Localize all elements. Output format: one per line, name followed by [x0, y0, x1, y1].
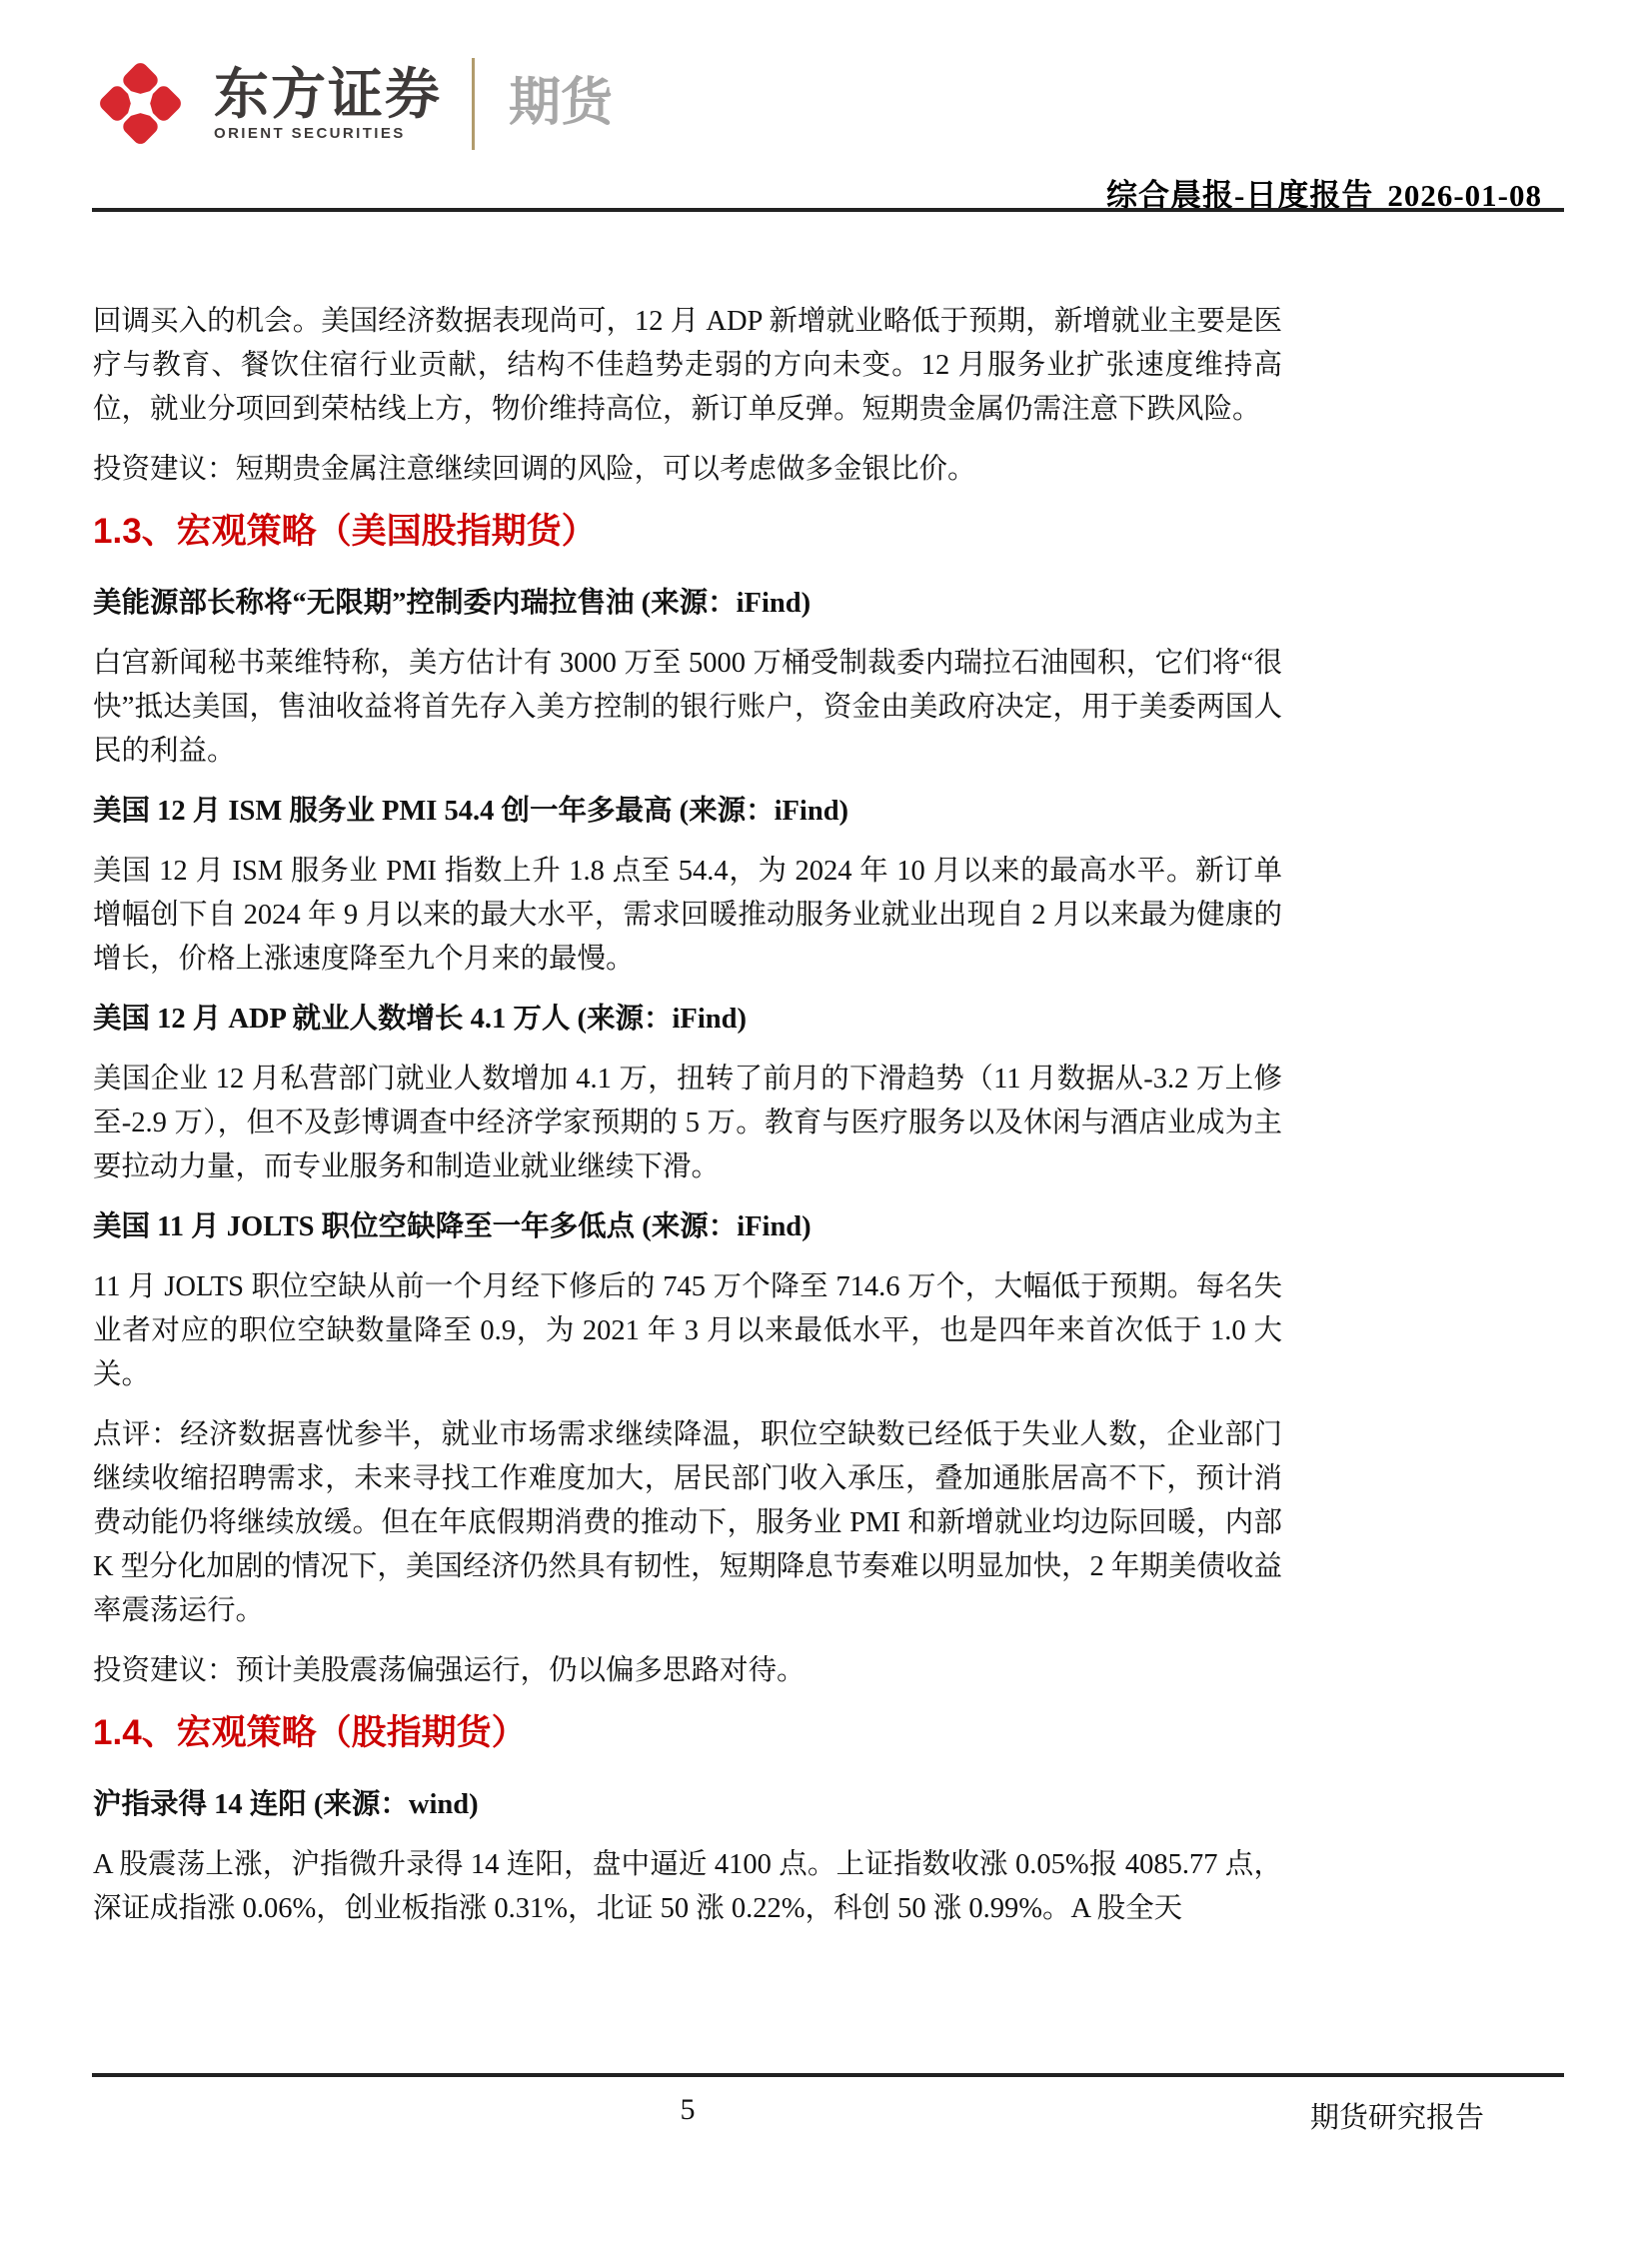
footer-label: 期货研究报告	[1310, 2095, 1484, 2136]
section-heading: 1.3、宏观策略（美国股指期货）	[93, 508, 1282, 556]
investment-advice: 投资建议：预计美股震荡偏强运行，仍以偏多思路对待。	[93, 1649, 1282, 1693]
footer-rule	[92, 2073, 1564, 2077]
brand-text: 东方证券 ORIENT SECURITIES	[214, 65, 442, 143]
brand-business-tag: 期货	[509, 56, 613, 151]
header-rule	[92, 208, 1564, 212]
body-paragraph: 11 月 JOLTS 职位空缺从前一个月经下修后的 745 万个降至 714.6…	[93, 1265, 1282, 1397]
investment-advice: 投资建议：短期贵金属注意继续回调的风险，可以考虑做多金银比价。	[93, 448, 1282, 492]
brand-name-en: ORIENT SECURITIES	[214, 125, 442, 143]
body-paragraph: 美国 12 月 ISM 服务业 PMI 指数上升 1.8 点至 54.4，为 2…	[93, 850, 1282, 982]
report-body: 回调买入的机会。美国经济数据表现尚可，12 月 ADP 新增就业略低于预期，新增…	[93, 300, 1282, 1947]
news-headline: 沪指录得 14 连阳 (来源：wind)	[93, 1783, 1282, 1827]
body-paragraph: 回调买入的机会。美国经济数据表现尚可，12 月 ADP 新增就业略低于预期，新增…	[93, 300, 1282, 432]
news-headline: 美国 12 月 ISM 服务业 PMI 54.4 创一年多最高 (来源：iFin…	[93, 790, 1282, 834]
body-paragraph: 点评：经济数据喜忧参半，就业市场需求继续降温，职位空缺数已经低于失业人数，企业部…	[93, 1413, 1282, 1633]
brand-divider	[472, 58, 475, 150]
orient-securities-logo-icon	[93, 56, 188, 151]
brand-header: 东方证券 ORIENT SECURITIES 期货	[93, 56, 613, 151]
page-number: 5	[93, 2093, 1282, 2127]
body-paragraph: 美国企业 12 月私营部门就业人数增加 4.1 万，扭转了前月的下滑趋势（11 …	[93, 1058, 1282, 1189]
body-paragraph: 白宫新闻秘书莱维特称，美方估计有 3000 万至 5000 万桶受制裁委内瑞拉石…	[93, 642, 1282, 774]
report-page: 东方证券 ORIENT SECURITIES 期货 综合晨报-日度报告2026-…	[0, 0, 1652, 2243]
news-headline: 美能源部长称将“无限期”控制委内瑞拉售油 (来源：iFind)	[93, 582, 1282, 626]
news-headline: 美国 11 月 JOLTS 职位空缺降至一年多低点 (来源：iFind)	[93, 1205, 1282, 1249]
section-heading: 1.4、宏观策略（股指期货）	[93, 1709, 1282, 1757]
body-paragraph: A 股震荡上涨，沪指微升录得 14 连阳，盘中逼近 4100 点。上证指数收涨 …	[93, 1843, 1282, 1931]
news-headline: 美国 12 月 ADP 就业人数增长 4.1 万人 (来源：iFind)	[93, 998, 1282, 1042]
brand-name-cn: 东方证券	[214, 65, 442, 123]
